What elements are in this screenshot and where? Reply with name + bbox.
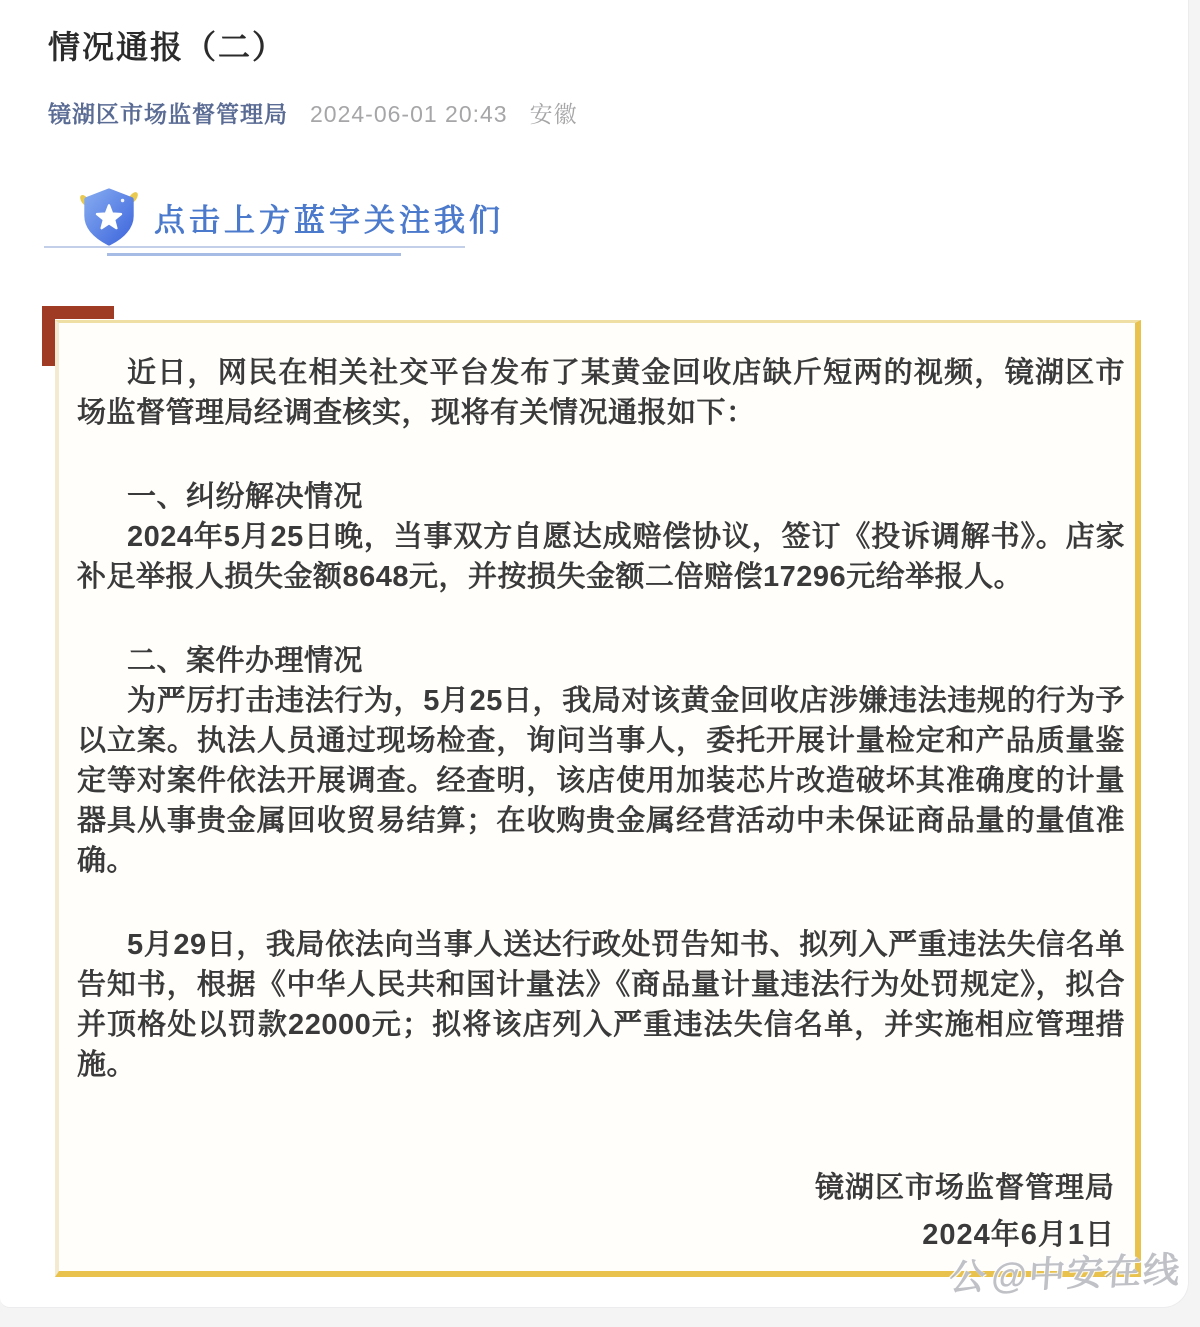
watermark: 公@中安在线	[948, 1242, 1183, 1301]
section-2-paragraph-2: 5月29日，我局依法向当事人送达行政处罚告知书、拟列入严重违法失信名单告知书，根…	[77, 925, 1125, 1085]
byline: 镜湖区市场监督管理局 2024-06-01 20:43 安徽	[48, 96, 578, 129]
signature-org: 镜湖区市场监督管理局	[77, 1165, 1115, 1212]
publish-timestamp: 2024-06-01 20:43	[310, 101, 508, 128]
notice-box: 近日，网民在相关社交平台发布了某黄金回收店缺斤短两的视频，镜湖区市场监督管理局经…	[55, 320, 1141, 1277]
zhongan-logo-icon: 公	[948, 1256, 989, 1298]
follow-us-label: 点击上方蓝字关注我们	[154, 195, 504, 240]
star-badge-icon	[78, 186, 140, 248]
follow-us-banner[interactable]: 点击上方蓝字关注我们	[78, 186, 504, 248]
banner-underline	[44, 246, 465, 248]
watermark-text: @中安在线	[990, 1249, 1183, 1297]
publish-region: 安徽	[530, 96, 578, 129]
section-1-paragraph: 2024年5月25日晚，当事双方自愿达成赔偿协议，签订《投诉调解书》。店家补足举…	[77, 517, 1125, 597]
account-name-link[interactable]: 镜湖区市场监督管理局	[48, 96, 288, 129]
signature-block: 镜湖区市场监督管理局 2024年6月1日	[77, 1165, 1125, 1259]
section-1-heading: 一、纠纷解决情况	[77, 477, 1125, 517]
corner-bracket-decoration	[42, 306, 114, 366]
section-2-paragraph-1: 为严厉打击违法行为，5月25日，我局对该黄金回收店涉嫌违法违规的行为予以立案。执…	[77, 681, 1125, 881]
section-2-heading: 二、案件办理情况	[77, 641, 1125, 681]
notice-intro: 近日，网民在相关社交平台发布了某黄金回收店缺斤短两的视频，镜湖区市场监督管理局经…	[77, 353, 1125, 433]
page-title: 情况通报（二）	[48, 22, 286, 68]
banner-underline	[107, 253, 401, 256]
